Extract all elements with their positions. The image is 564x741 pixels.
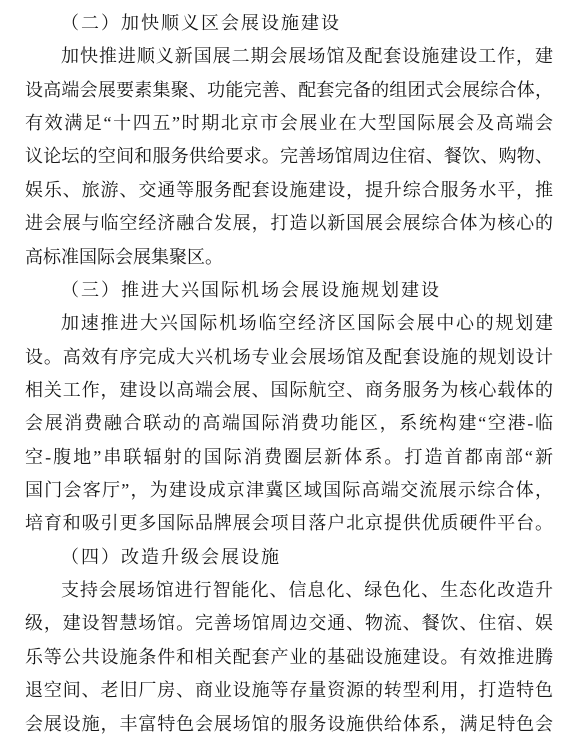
text-line: 培育和吸引更多国际品牌展会项目落户北京提供优质硬件平台。 (25, 507, 553, 540)
text-line: 退空间、老旧厂房、商业设施等存量资源的转型利用，打造特色 (25, 674, 553, 707)
text-line: 相关工作，建设以高端会展、国际航空、商务服务为核心载体的 (25, 374, 553, 407)
section-heading: （二）加快顺义区会展设施建设 (25, 7, 553, 40)
text-line: 空-腹地”串联辐射的国际消费圈层新体系。打造首都南部“新 (25, 441, 553, 474)
document-page: （二）加快顺义区会展设施建设 加快推进顺义新国展二期会展场馆及配套设施建设工作，… (0, 0, 564, 741)
text-line: 乐等公共设施条件和相关配套产业的基础设施建设。有效推进腾 (25, 641, 553, 674)
text-line: 会展设施，丰富特色会展场馆的服务设施供给体系，满足特色会 (25, 708, 553, 741)
text-line: 会展消费融合联动的高端国际消费功能区，系统构建“空港-临 (25, 407, 553, 440)
text-line: 支持会展场馆进行智能化、信息化、绿色化、生态化改造升 (25, 574, 553, 607)
text-line: 议论坛的空间和服务供给要求。完善场馆周边住宿、餐饮、购物、 (25, 140, 553, 173)
text-line: 设高端会展要素集聚、功能完善、配套完备的组团式会展综合体， (25, 74, 553, 107)
section-heading: （三）推进大兴国际机场会展设施规划建设 (25, 274, 553, 307)
text-line: 娱乐、旅游、交通等服务配套设施建设，提升综合服务水平，推 (25, 174, 553, 207)
text-line: 高标准国际会展集聚区。 (25, 241, 553, 274)
text-line: 有效满足“十四五”时期北京市会展业在大型国际展会及高端会 (25, 107, 553, 140)
section-heading: （四）改造升级会展设施 (25, 541, 553, 574)
text-line: 加快推进顺义新国展二期会展场馆及配套设施建设工作，建 (25, 40, 553, 73)
text-line: 加速推进大兴国际机场临空经济区国际会展中心的规划建 (25, 307, 553, 340)
text-line: 进会展与临空经济融合发展，打造以新国展会展综合体为核心的 (25, 207, 553, 240)
text-line: 国门会客厅”，为建设成京津冀区域国际高端交流展示综合体， (25, 474, 553, 507)
text-line: 设。高效有序完成大兴机场专业会展场馆及配套设施的规划设计 (25, 341, 553, 374)
text-line: 级，建设智慧场馆。完善场馆周边交通、物流、餐饮、住宿、娱 (25, 607, 553, 640)
